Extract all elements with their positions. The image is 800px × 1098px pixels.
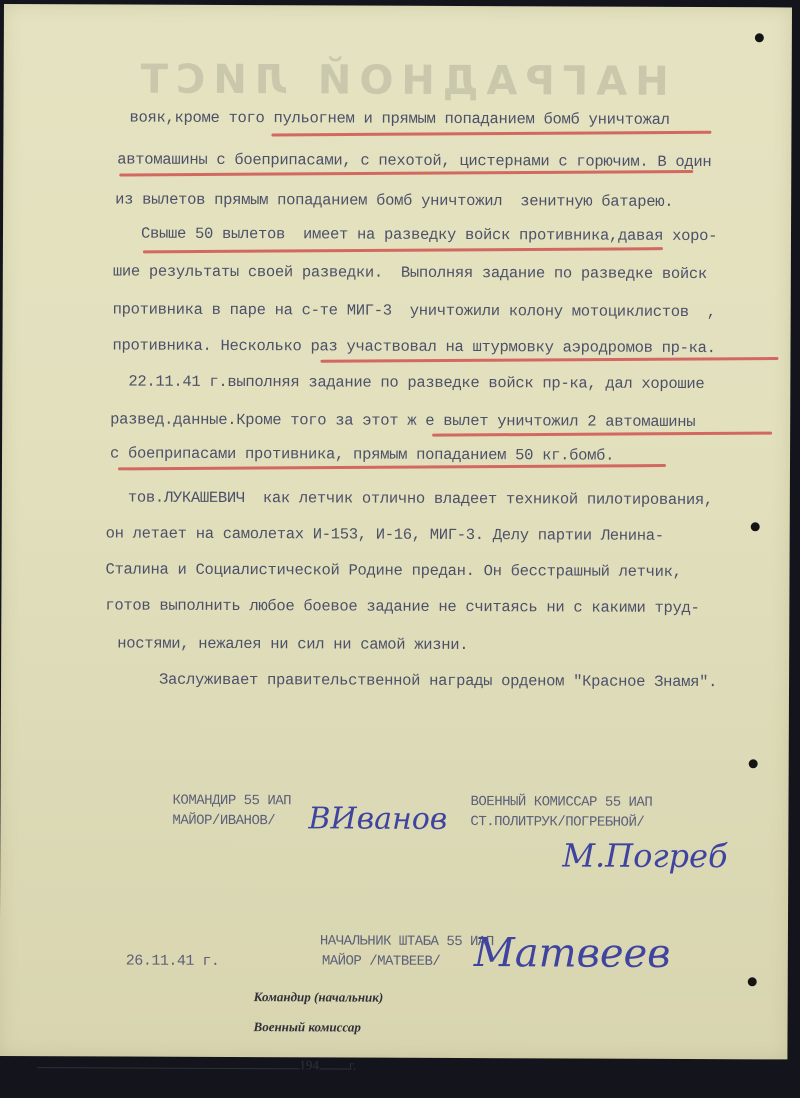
chief-of-staff-name: МАЙОР /МАТВЕЕВ/: [322, 953, 441, 970]
chief-of-staff-title: НАЧАЛЬНИК ШТАБА 55 ИАП: [320, 933, 494, 950]
body-line: противника. Несколько раз участвовал на …: [112, 336, 715, 357]
body-line: шие результаты своей разведки. Выполняя …: [113, 262, 707, 283]
form-label-commander: Командир (начальник): [254, 989, 384, 1006]
commander-signature: ВИванов: [308, 801, 447, 837]
punch-hole: [749, 759, 758, 768]
body-line: 22.11.41 г.выполняя задание по разведке …: [128, 373, 704, 394]
form-date-line: 194г.: [37, 1056, 356, 1073]
punch-hole: [755, 33, 764, 42]
body-line: Заслуживает правительственной награды ор…: [159, 671, 717, 691]
body-line: ностями, нежалея ни сил ни самой жизни.: [117, 635, 468, 655]
red-underline: [118, 464, 666, 470]
date: 26.11.41 г.: [126, 953, 220, 970]
body-line: готов выполнить любое боевое задание не …: [105, 596, 699, 617]
body-line: с боеприпасами противника, прямым попада…: [110, 444, 614, 464]
award-sheet-page: НАГРАДНОЙ ЛИСТ вояк,кроме того пульогнем…: [0, 4, 792, 1059]
red-underline: [143, 247, 663, 253]
form-label-commissar: Военный комиссар: [254, 1019, 361, 1035]
commander-title: КОМАНДИР 55 ИАП: [172, 793, 291, 810]
body-line: из вылетов прямым попаданием бомб уничто…: [115, 190, 673, 210]
body-line: развед.данные.Кроме того за этот ж е выл…: [110, 410, 695, 431]
commissar-title: ВОЕННЫЙ КОМИССАР 55 ИАП: [470, 794, 652, 811]
punch-hole: [751, 522, 760, 531]
commissar-name: СТ.ПОЛИТРУК/ПОГРЕБНОЙ/: [470, 814, 644, 831]
chief-of-staff-signature: Матвеев: [474, 930, 671, 977]
body-line: тов.ЛУКАШЕВИЧ как летчик отлично владеет…: [128, 489, 713, 510]
commander-name: МАЙОР/ИВАНОВ/: [172, 813, 275, 829]
red-underline: [320, 357, 778, 363]
body-line: автомашины с боеприпасами, с пехотой, ци…: [117, 150, 711, 171]
red-underline: [271, 131, 711, 137]
body-line: вояк,кроме того пульогнем и прямым попад…: [129, 109, 669, 129]
punch-hole: [748, 977, 757, 986]
body-line: Сталина и Социалистической Родине предан…: [105, 560, 681, 581]
body-line: противника в паре на с-те МИГ-3 уничтожи…: [113, 300, 716, 321]
commissar-signature: М.Погреб: [562, 836, 727, 875]
red-underline: [432, 432, 772, 437]
bleed-through-title: НАГРАДНОЙ ЛИСТ: [133, 57, 669, 105]
body-line: Свыше 50 вылетов имеет на разведку войск…: [141, 225, 717, 246]
red-underline: [119, 170, 693, 177]
body-line: он летает на самолетах И-153, И-16, МИГ-…: [106, 524, 664, 544]
